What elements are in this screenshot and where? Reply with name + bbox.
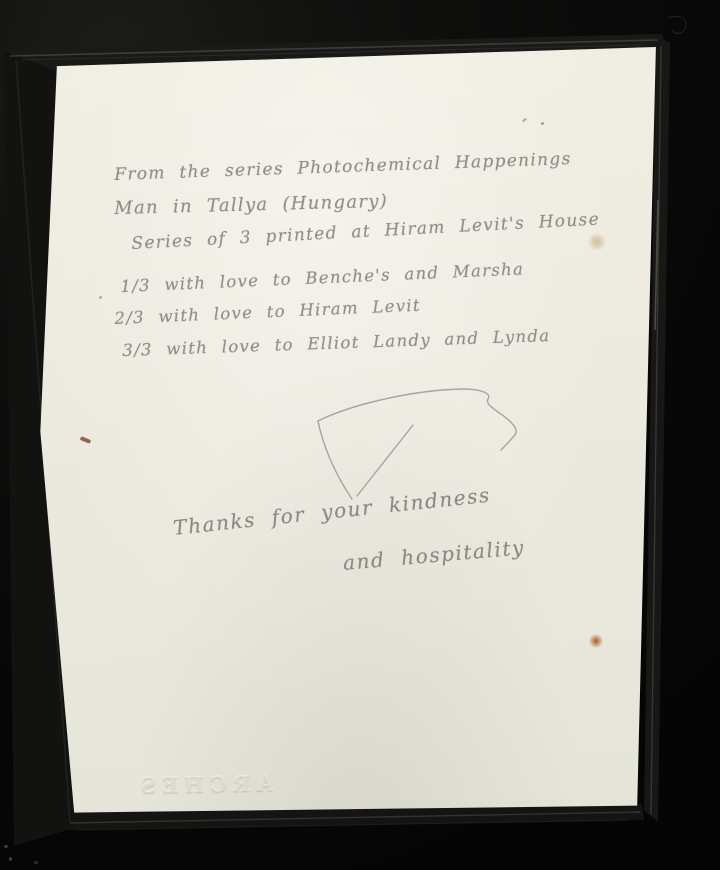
dust-speck [4, 845, 8, 848]
rust-spot [589, 634, 603, 648]
paper-speck [99, 296, 102, 299]
dust-speck [9, 857, 12, 861]
signature-flourish [0, 0, 720, 870]
photo-of-framed-note: From the series Photochemical Happenings… [0, 0, 720, 870]
foxing-spot [588, 233, 606, 251]
dust-speck [34, 861, 38, 864]
frame-corner-reflection [668, 16, 686, 33]
paper-sheet: From the series Photochemical Happenings… [0, 0, 720, 870]
paper-speck [541, 122, 544, 125]
paper-watermark: ARCHES [135, 771, 273, 798]
